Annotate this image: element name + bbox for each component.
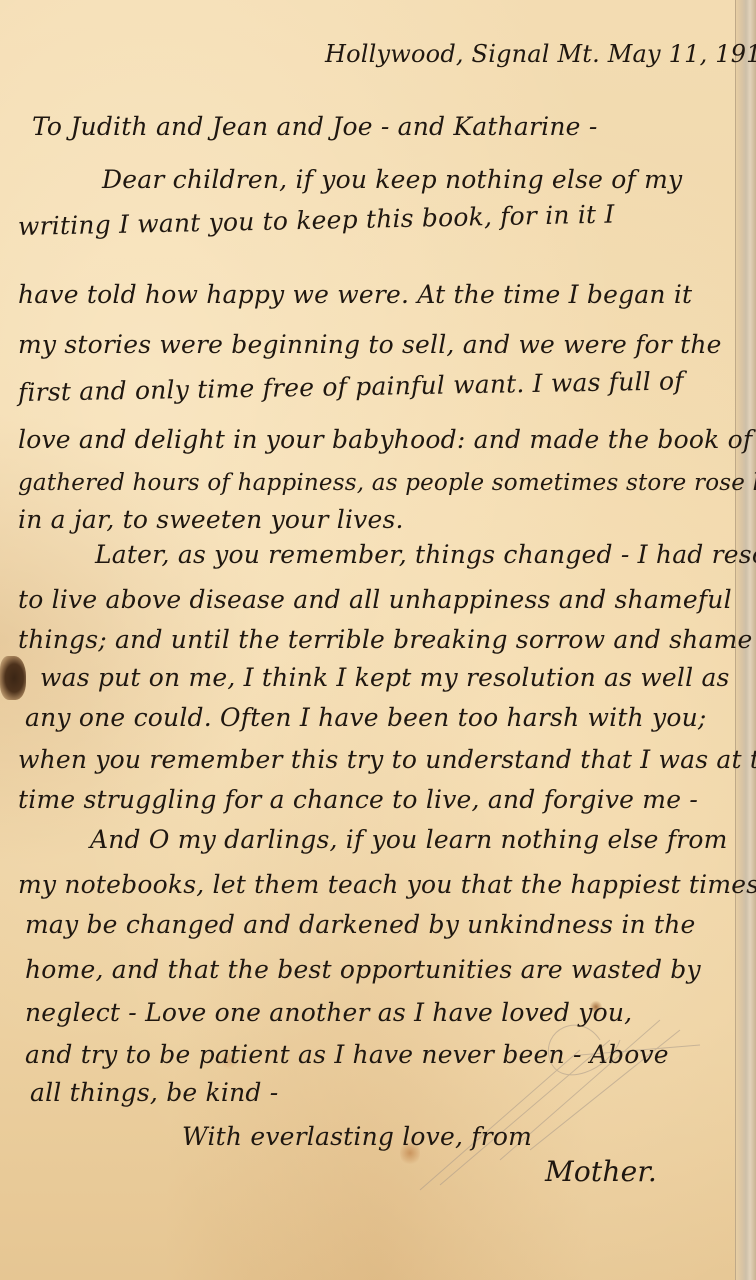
letter-line: all things, be kind - [30, 1078, 278, 1107]
letter-line: any one could. Often I have been too har… [25, 703, 707, 732]
letter-page: Hollywood, Signal Mt. May 11, 1916 - To … [0, 0, 756, 1280]
letter-line: love and delight in your babyhood: and m… [18, 425, 752, 454]
letter-line: when you remember this try to understand… [18, 745, 756, 774]
letter-line: first and only time free of painful want… [18, 366, 684, 407]
letter-body: Hollywood, Signal Mt. May 11, 1916 - To … [0, 0, 736, 1280]
letter-line: Later, as you remember, things changed -… [95, 540, 756, 569]
letter-line: may be changed and darkened by unkindnes… [25, 910, 696, 939]
letter-line: and try to be patient as I have never be… [25, 1040, 669, 1069]
dateline: Hollywood, Signal Mt. May 11, 1916 - [325, 40, 756, 68]
letter-line: Dear children, if you keep nothing else … [102, 165, 682, 194]
letter-line: was put on me, I think I kept my resolut… [40, 663, 730, 692]
letter-line: writing I want you to keep this book, fo… [18, 200, 615, 241]
letter-line: in a jar, to sweeten your lives. [18, 505, 404, 534]
letter-line: neglect - Love one another as I have lov… [25, 998, 632, 1027]
letter-line: have told how happy we were. At the time… [18, 280, 692, 309]
letter-line: time struggling for a chance to live, an… [18, 785, 698, 814]
letter-line: gathered hours of happiness, as people s… [18, 470, 756, 496]
closing: With everlasting love, from [182, 1122, 532, 1151]
letter-line: my notebooks, let them teach you that th… [18, 870, 756, 899]
letter-line: things; and until the terrible breaking … [18, 625, 756, 654]
signature: Mother. [545, 1155, 657, 1188]
salutation: To Judith and Jean and Joe - and Kathari… [32, 112, 597, 141]
letter-line: to live above disease and all unhappines… [18, 585, 732, 614]
letter-line: home, and that the best opportunities ar… [25, 955, 701, 984]
letter-line: my stories were beginning to sell, and w… [18, 330, 722, 359]
letter-line: And O my darlings, if you learn nothing … [90, 825, 728, 854]
